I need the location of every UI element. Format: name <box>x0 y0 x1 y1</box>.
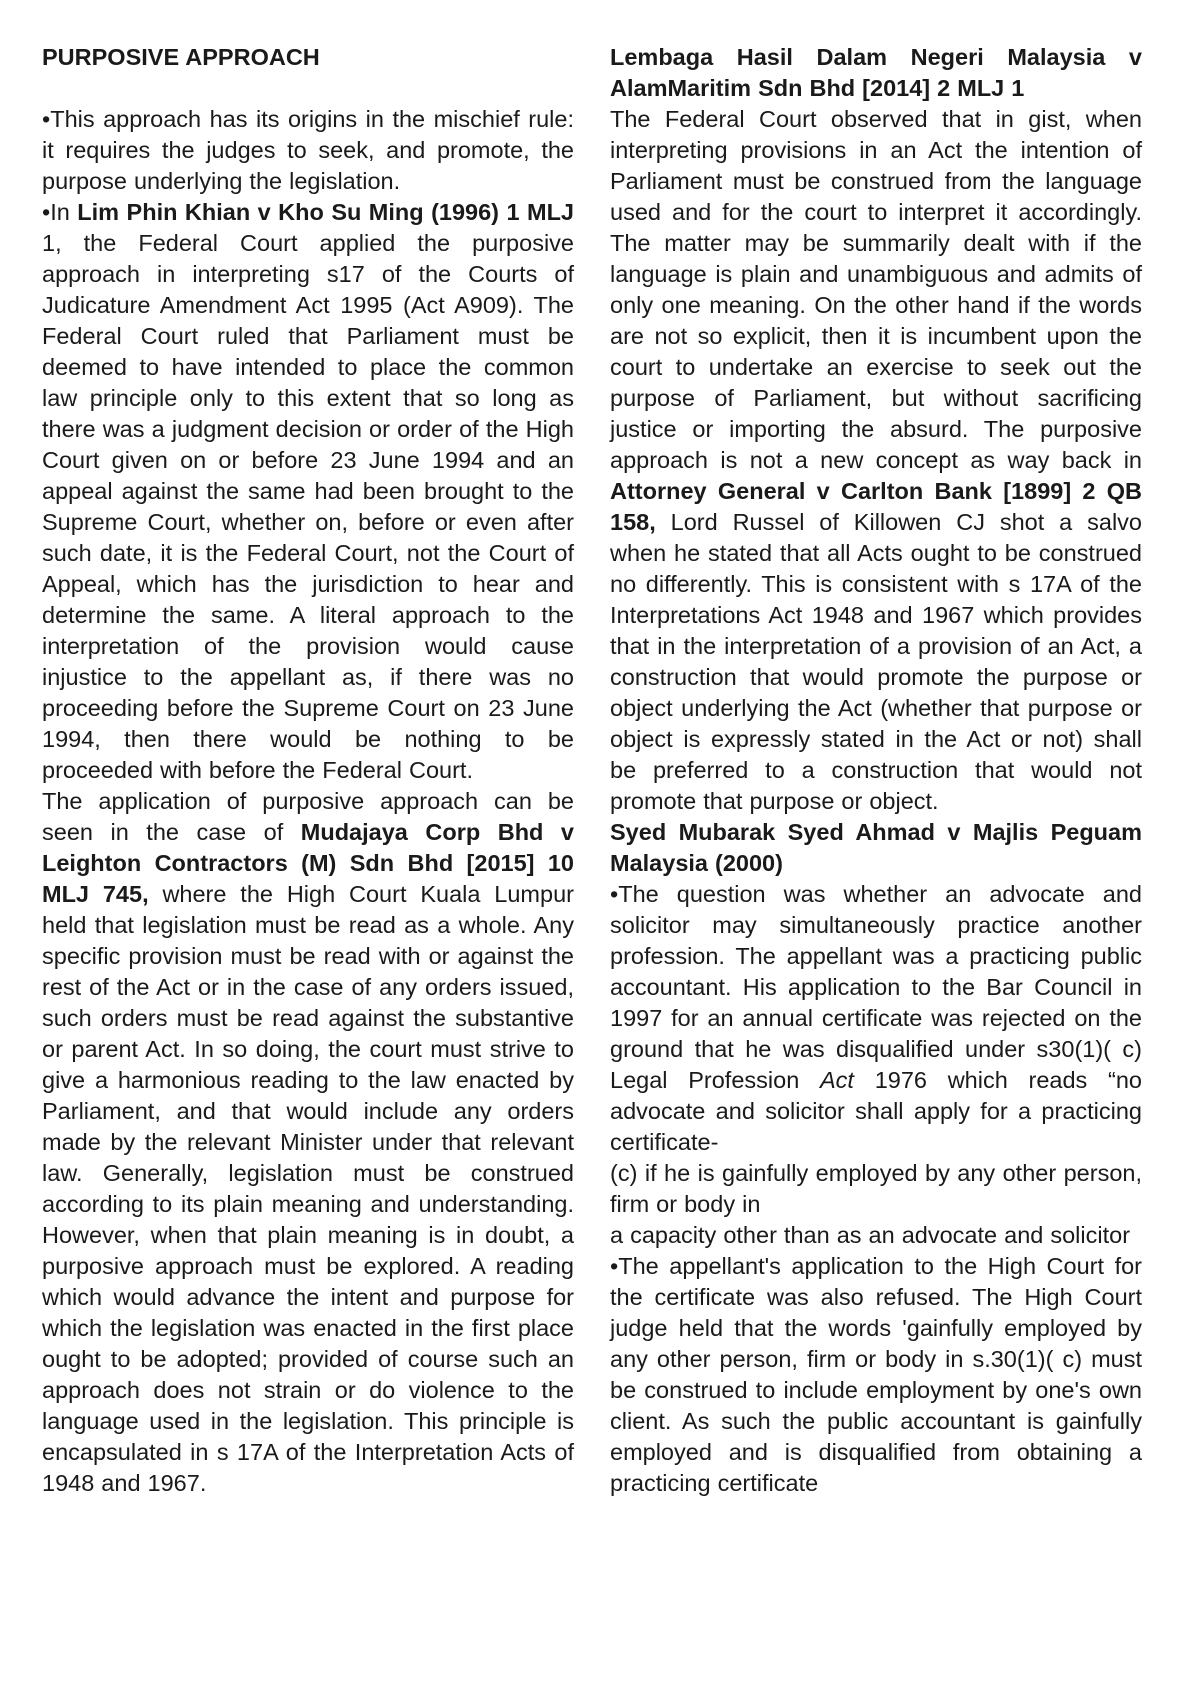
paragraph: •The question was whether an advocate an… <box>610 879 1142 1158</box>
paragraph: a capacity other than as an advocate and… <box>610 1220 1142 1251</box>
text-run: •In <box>42 199 77 225</box>
bold-text-run: Lim Phin Khian v Kho Su Ming (1996) 1 ML… <box>77 199 574 225</box>
text-run: •The appellant's application to the High… <box>610 1253 1142 1496</box>
text-run: 1, the Federal Court applied the purposi… <box>42 230 574 783</box>
document-page: PURPOSIVE APPROACH•This approach has its… <box>0 0 1200 1698</box>
bold-text-run: PURPOSIVE APPROACH <box>42 44 320 70</box>
case-heading: Lembaga Hasil Dalam Negeri Malaysia v Al… <box>610 42 1142 104</box>
column-left: PURPOSIVE APPROACH•This approach has its… <box>42 42 574 1668</box>
text-run: (c) if he is gainfully employed by any o… <box>610 1160 1142 1217</box>
italic-text-run: Act <box>820 1067 854 1093</box>
paragraph: The application of purposive approach ca… <box>42 786 574 1499</box>
text-run: a capacity other than as an advocate and… <box>610 1222 1130 1248</box>
paragraph: •In Lim Phin Khian v Kho Su Ming (1996) … <box>42 197 574 786</box>
paragraph: (c) if he is gainfully employed by any o… <box>610 1158 1142 1220</box>
case-heading: PURPOSIVE APPROACH <box>42 42 574 73</box>
text-run: where the High Court Kuala Lumpur held t… <box>42 881 574 1496</box>
column-right: Lembaga Hasil Dalam Negeri Malaysia v Al… <box>610 42 1142 1668</box>
text-run: The Federal Court observed that in gist,… <box>610 106 1142 473</box>
paragraph: •The appellant's application to the High… <box>610 1251 1142 1499</box>
text-run: Lord Russel of Killowen CJ shot a salvo … <box>610 509 1142 814</box>
bold-text-run: Syed Mubarak Syed Ahmad v Majlis Peguam … <box>610 819 1142 876</box>
text-run: •The question was whether an advocate an… <box>610 881 1142 1093</box>
blank-line <box>42 73 574 104</box>
paragraph: The Federal Court observed that in gist,… <box>610 104 1142 817</box>
bold-text-run: Lembaga Hasil Dalam Negeri Malaysia v Al… <box>610 44 1142 101</box>
text-run: •This approach has its origins in the mi… <box>42 106 574 194</box>
paragraph: •This approach has its origins in the mi… <box>42 104 574 197</box>
case-heading: Syed Mubarak Syed Ahmad v Majlis Peguam … <box>610 817 1142 879</box>
